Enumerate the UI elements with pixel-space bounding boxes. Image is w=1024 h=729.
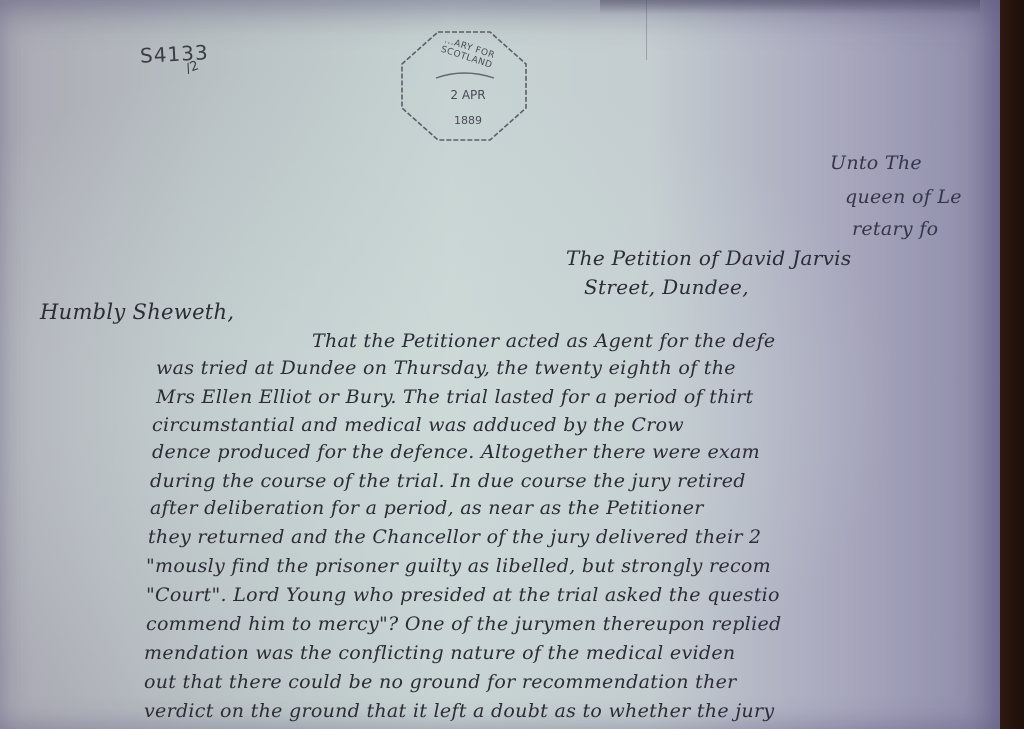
salutation: Humbly Sheweth, [40, 300, 234, 324]
petition-heading-line-1: The Petition of David Jarvis [566, 246, 851, 270]
paper-fold-shadow [600, 0, 980, 14]
paper-crease [646, 0, 647, 60]
reference-number: S4133 [139, 40, 209, 68]
body-line-6: during the course of the trial. In due c… [150, 470, 746, 492]
body-line-3: Mrs Ellen Elliot or Bury. The trial last… [156, 386, 753, 408]
body-line-1: That the Petitioner acted as Agent for t… [312, 330, 775, 352]
addressee-line-2: queen of Le [845, 186, 962, 208]
petition-heading-line-2: Street, Dundee, [584, 275, 749, 299]
addressee-line-3: retary fo [852, 218, 938, 240]
body-line-9: "mously find the prisoner guilty as libe… [146, 555, 771, 577]
body-line-8: they returned and the Chancellor of the … [148, 526, 761, 548]
body-line-4: circumstantial and medical was adduced b… [152, 414, 684, 436]
body-line-7: after deliberation for a period, as near… [150, 497, 704, 519]
addressee-line-1: Unto The [830, 152, 922, 174]
document-page: S4133 /2 ...ARY FOR SCOTLAND 2 APR 1889 … [0, 0, 1000, 729]
stamp-year: 1889 [428, 114, 508, 127]
body-line-14: verdict on the ground that it left a dou… [144, 700, 774, 722]
body-line-11: commend him to mercy"? One of the juryme… [146, 613, 782, 635]
received-stamp: ...ARY FOR SCOTLAND 2 APR 1889 [398, 30, 530, 142]
body-line-12: mendation was the conflicting nature of … [144, 642, 735, 664]
body-line-5: dence produced for the defence. Altogeth… [152, 441, 760, 463]
body-line-13: out that there could be no ground for re… [144, 671, 737, 693]
body-line-10: "Court". Lord Young who presided at the … [146, 584, 780, 606]
stamp-date: 2 APR [428, 88, 508, 102]
body-line-2: was tried at Dundee on Thursday, the twe… [156, 357, 736, 379]
